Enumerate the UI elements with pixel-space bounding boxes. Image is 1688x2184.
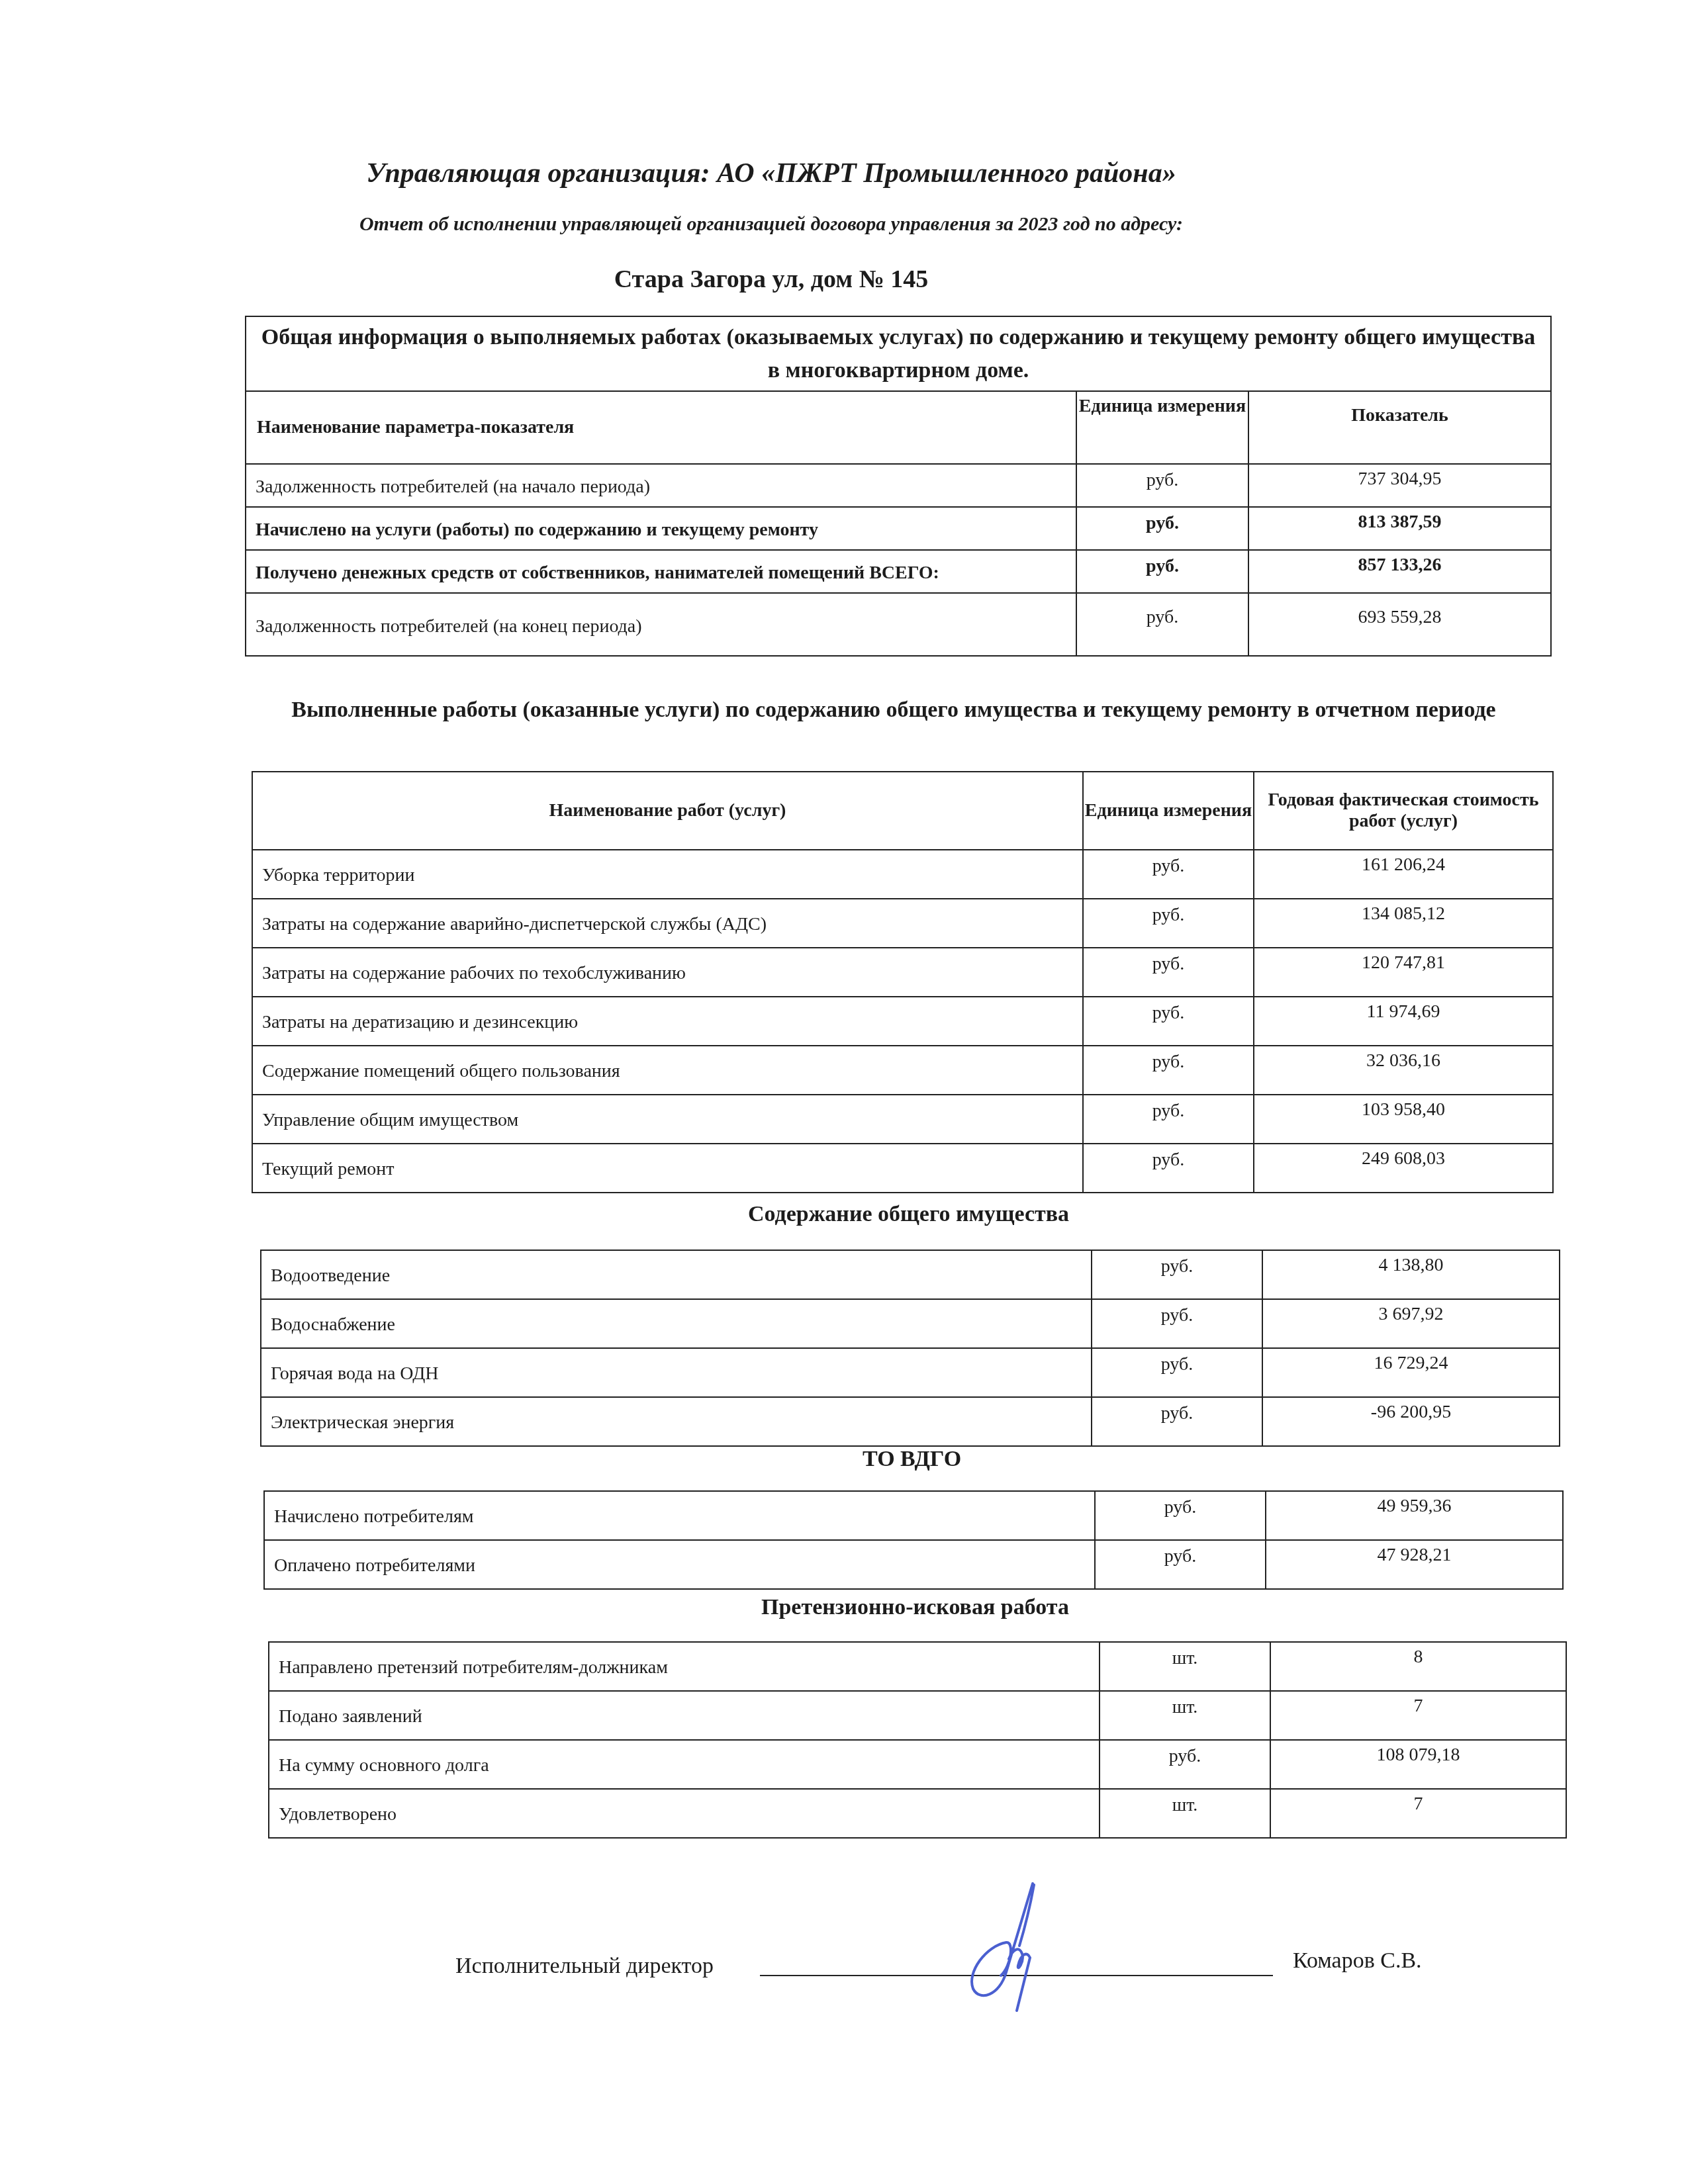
table-row: Оплачено потребителями руб. 47 928,21 xyxy=(264,1540,1563,1589)
row-value: 7 xyxy=(1270,1691,1566,1740)
row-value: 120 747,81 xyxy=(1254,948,1553,997)
table-row: Электрическая энергия руб. -96 200,95 xyxy=(261,1397,1560,1446)
table-row: Получено денежных средств от собственник… xyxy=(246,550,1551,593)
row-unit: руб. xyxy=(1076,593,1248,656)
row-value: 161 206,24 xyxy=(1254,850,1553,899)
table-row: Удовлетворено шт. 7 xyxy=(269,1789,1566,1838)
row-value: 16 729,24 xyxy=(1262,1348,1560,1397)
row-name: Получено денежных средств от собственник… xyxy=(246,550,1076,593)
works-table: Наименование работ (услуг) Единица измер… xyxy=(252,771,1554,1193)
works-section-title: Выполненные работы (оказанные услуги) по… xyxy=(291,694,1496,727)
row-name: Водоснабжение xyxy=(261,1299,1092,1348)
row-name: На сумму основного долга xyxy=(269,1740,1100,1789)
row-unit: руб. xyxy=(1083,948,1254,997)
column-header-value: Показатель xyxy=(1248,391,1551,464)
row-name: Удовлетворено xyxy=(269,1789,1100,1838)
row-name: Затраты на содержание рабочих по техобсл… xyxy=(252,948,1083,997)
row-unit: руб. xyxy=(1092,1348,1262,1397)
row-value: 103 958,40 xyxy=(1254,1095,1553,1144)
table-row: Задолженность потребителей (на конец пер… xyxy=(246,593,1551,656)
table-row: Подано заявлений шт. 7 xyxy=(269,1691,1566,1740)
row-unit: шт. xyxy=(1100,1789,1270,1838)
column-header-unit: Единица измерения xyxy=(1083,772,1254,850)
general-info-title: Общая информация о выполняемых работах (… xyxy=(246,316,1551,391)
row-value: 108 079,18 xyxy=(1270,1740,1566,1789)
row-unit: руб. xyxy=(1100,1740,1270,1789)
signer-position: Исполнительный директор xyxy=(455,1954,714,1979)
row-unit: руб. xyxy=(1083,997,1254,1046)
row-value: -96 200,95 xyxy=(1262,1397,1560,1446)
organization-title: Управляющая организация: АО «ПЖРТ Промыш… xyxy=(0,158,1615,189)
row-value: 249 608,03 xyxy=(1254,1144,1553,1193)
table-row: Начислено на услуги (работы) по содержан… xyxy=(246,507,1551,550)
row-value: 3 697,92 xyxy=(1262,1299,1560,1348)
vdgo-table: Начислено потребителям руб. 49 959,36 Оп… xyxy=(263,1490,1564,1590)
handwritten-signature-icon xyxy=(953,1880,1086,2012)
row-unit: руб. xyxy=(1092,1250,1262,1299)
row-unit: руб. xyxy=(1092,1299,1262,1348)
row-value: 49 959,36 xyxy=(1266,1491,1563,1540)
row-value: 4 138,80 xyxy=(1262,1250,1560,1299)
row-value: 32 036,16 xyxy=(1254,1046,1553,1095)
row-unit: руб. xyxy=(1083,850,1254,899)
table-row: Затраты на дератизацию и дезинсекцию руб… xyxy=(252,997,1553,1046)
row-value: 813 387,59 xyxy=(1248,507,1551,550)
row-value: 134 085,12 xyxy=(1254,899,1553,948)
row-name: Затраты на содержание аварийно-диспетчер… xyxy=(252,899,1083,948)
row-name: Управление общим имуществом xyxy=(252,1095,1083,1144)
row-unit: руб. xyxy=(1083,1046,1254,1095)
row-value: 47 928,21 xyxy=(1266,1540,1563,1589)
row-name: Оплачено потребителями xyxy=(264,1540,1095,1589)
table-row: Водоотведение руб. 4 138,80 xyxy=(261,1250,1560,1299)
table-row: Задолженность потребителей (на начало пе… xyxy=(246,464,1551,507)
column-header-annual-cost: Годовая фактическая стоимость работ (усл… xyxy=(1254,772,1553,850)
table-row: Затраты на содержание рабочих по техобсл… xyxy=(252,948,1553,997)
row-name: Текущий ремонт xyxy=(252,1144,1083,1193)
row-name: Начислено потребителям xyxy=(264,1491,1095,1540)
row-name: Задолженность потребителей (на начало пе… xyxy=(246,464,1076,507)
table-row: Затраты на содержание аварийно-диспетчер… xyxy=(252,899,1553,948)
column-header-work: Наименование работ (услуг) xyxy=(252,772,1083,850)
row-unit: шт. xyxy=(1100,1642,1270,1691)
signer-name: Комаров С.В. xyxy=(1293,1948,1422,1974)
row-unit: руб. xyxy=(1076,464,1248,507)
vdgo-section-title: ТО ВДГО xyxy=(261,1443,1562,1476)
row-value: 693 559,28 xyxy=(1248,593,1551,656)
table-row: Направлено претензий потребителям-должни… xyxy=(269,1642,1566,1691)
general-info-table: Общая информация о выполняемых работах (… xyxy=(245,316,1552,657)
table-row: Начислено потребителям руб. 49 959,36 xyxy=(264,1491,1563,1540)
row-unit: руб. xyxy=(1092,1397,1262,1446)
row-value: 8 xyxy=(1270,1642,1566,1691)
table-row: Уборка территории руб. 161 206,24 xyxy=(252,850,1553,899)
row-name: Подано заявлений xyxy=(269,1691,1100,1740)
report-page: Управляющая организация: АО «ПЖРТ Промыш… xyxy=(0,0,1688,2184)
row-name: Содержание помещений общего пользования xyxy=(252,1046,1083,1095)
row-value: 857 133,26 xyxy=(1248,550,1551,593)
table-row: Горячая вода на ОДН руб. 16 729,24 xyxy=(261,1348,1560,1397)
row-unit: руб. xyxy=(1083,899,1254,948)
row-value: 11 974,69 xyxy=(1254,997,1553,1046)
row-unit: руб. xyxy=(1083,1095,1254,1144)
row-name: Направлено претензий потребителям-должни… xyxy=(269,1642,1100,1691)
row-value: 7 xyxy=(1270,1789,1566,1838)
row-name: Водоотведение xyxy=(261,1250,1092,1299)
row-name: Горячая вода на ОДН xyxy=(261,1348,1092,1397)
table-row: Водоснабжение руб. 3 697,92 xyxy=(261,1299,1560,1348)
address-title: Стара Загора ул, дом № 145 xyxy=(0,265,1615,294)
table-row: Управление общим имуществом руб. 103 958… xyxy=(252,1095,1553,1144)
table-row: На сумму основного долга руб. 108 079,18 xyxy=(269,1740,1566,1789)
row-unit: шт. xyxy=(1100,1691,1270,1740)
table-row: Текущий ремонт руб. 249 608,03 xyxy=(252,1144,1553,1193)
signature-block: Исполнительный директор Комаров С.В. xyxy=(455,1939,1448,1979)
row-unit: руб. xyxy=(1076,507,1248,550)
claims-table: Направлено претензий потребителям-должни… xyxy=(268,1641,1567,1839)
column-header-unit: Единица измерения xyxy=(1076,391,1248,464)
row-name: Электрическая энергия xyxy=(261,1397,1092,1446)
common-property-table: Водоотведение руб. 4 138,80 Водоснабжени… xyxy=(260,1250,1560,1447)
report-subtitle: Отчет об исполнении управляющей организа… xyxy=(0,213,1615,236)
claims-section-title: Претензионно-исковая работа xyxy=(265,1591,1566,1624)
table-row: Содержание помещений общего пользования … xyxy=(252,1046,1553,1095)
column-header-parameter: Наименование параметра-показателя xyxy=(246,391,1076,464)
row-value: 737 304,95 xyxy=(1248,464,1551,507)
row-unit: руб. xyxy=(1083,1144,1254,1193)
row-unit: руб. xyxy=(1095,1540,1266,1589)
common-property-section-title: Содержание общего имущества xyxy=(258,1198,1559,1231)
row-name: Задолженность потребителей (на конец пер… xyxy=(246,593,1076,656)
row-name: Затраты на дератизацию и дезинсекцию xyxy=(252,997,1083,1046)
row-name: Уборка территории xyxy=(252,850,1083,899)
row-unit: руб. xyxy=(1095,1491,1266,1540)
row-unit: руб. xyxy=(1076,550,1248,593)
row-name: Начислено на услуги (работы) по содержан… xyxy=(246,507,1076,550)
